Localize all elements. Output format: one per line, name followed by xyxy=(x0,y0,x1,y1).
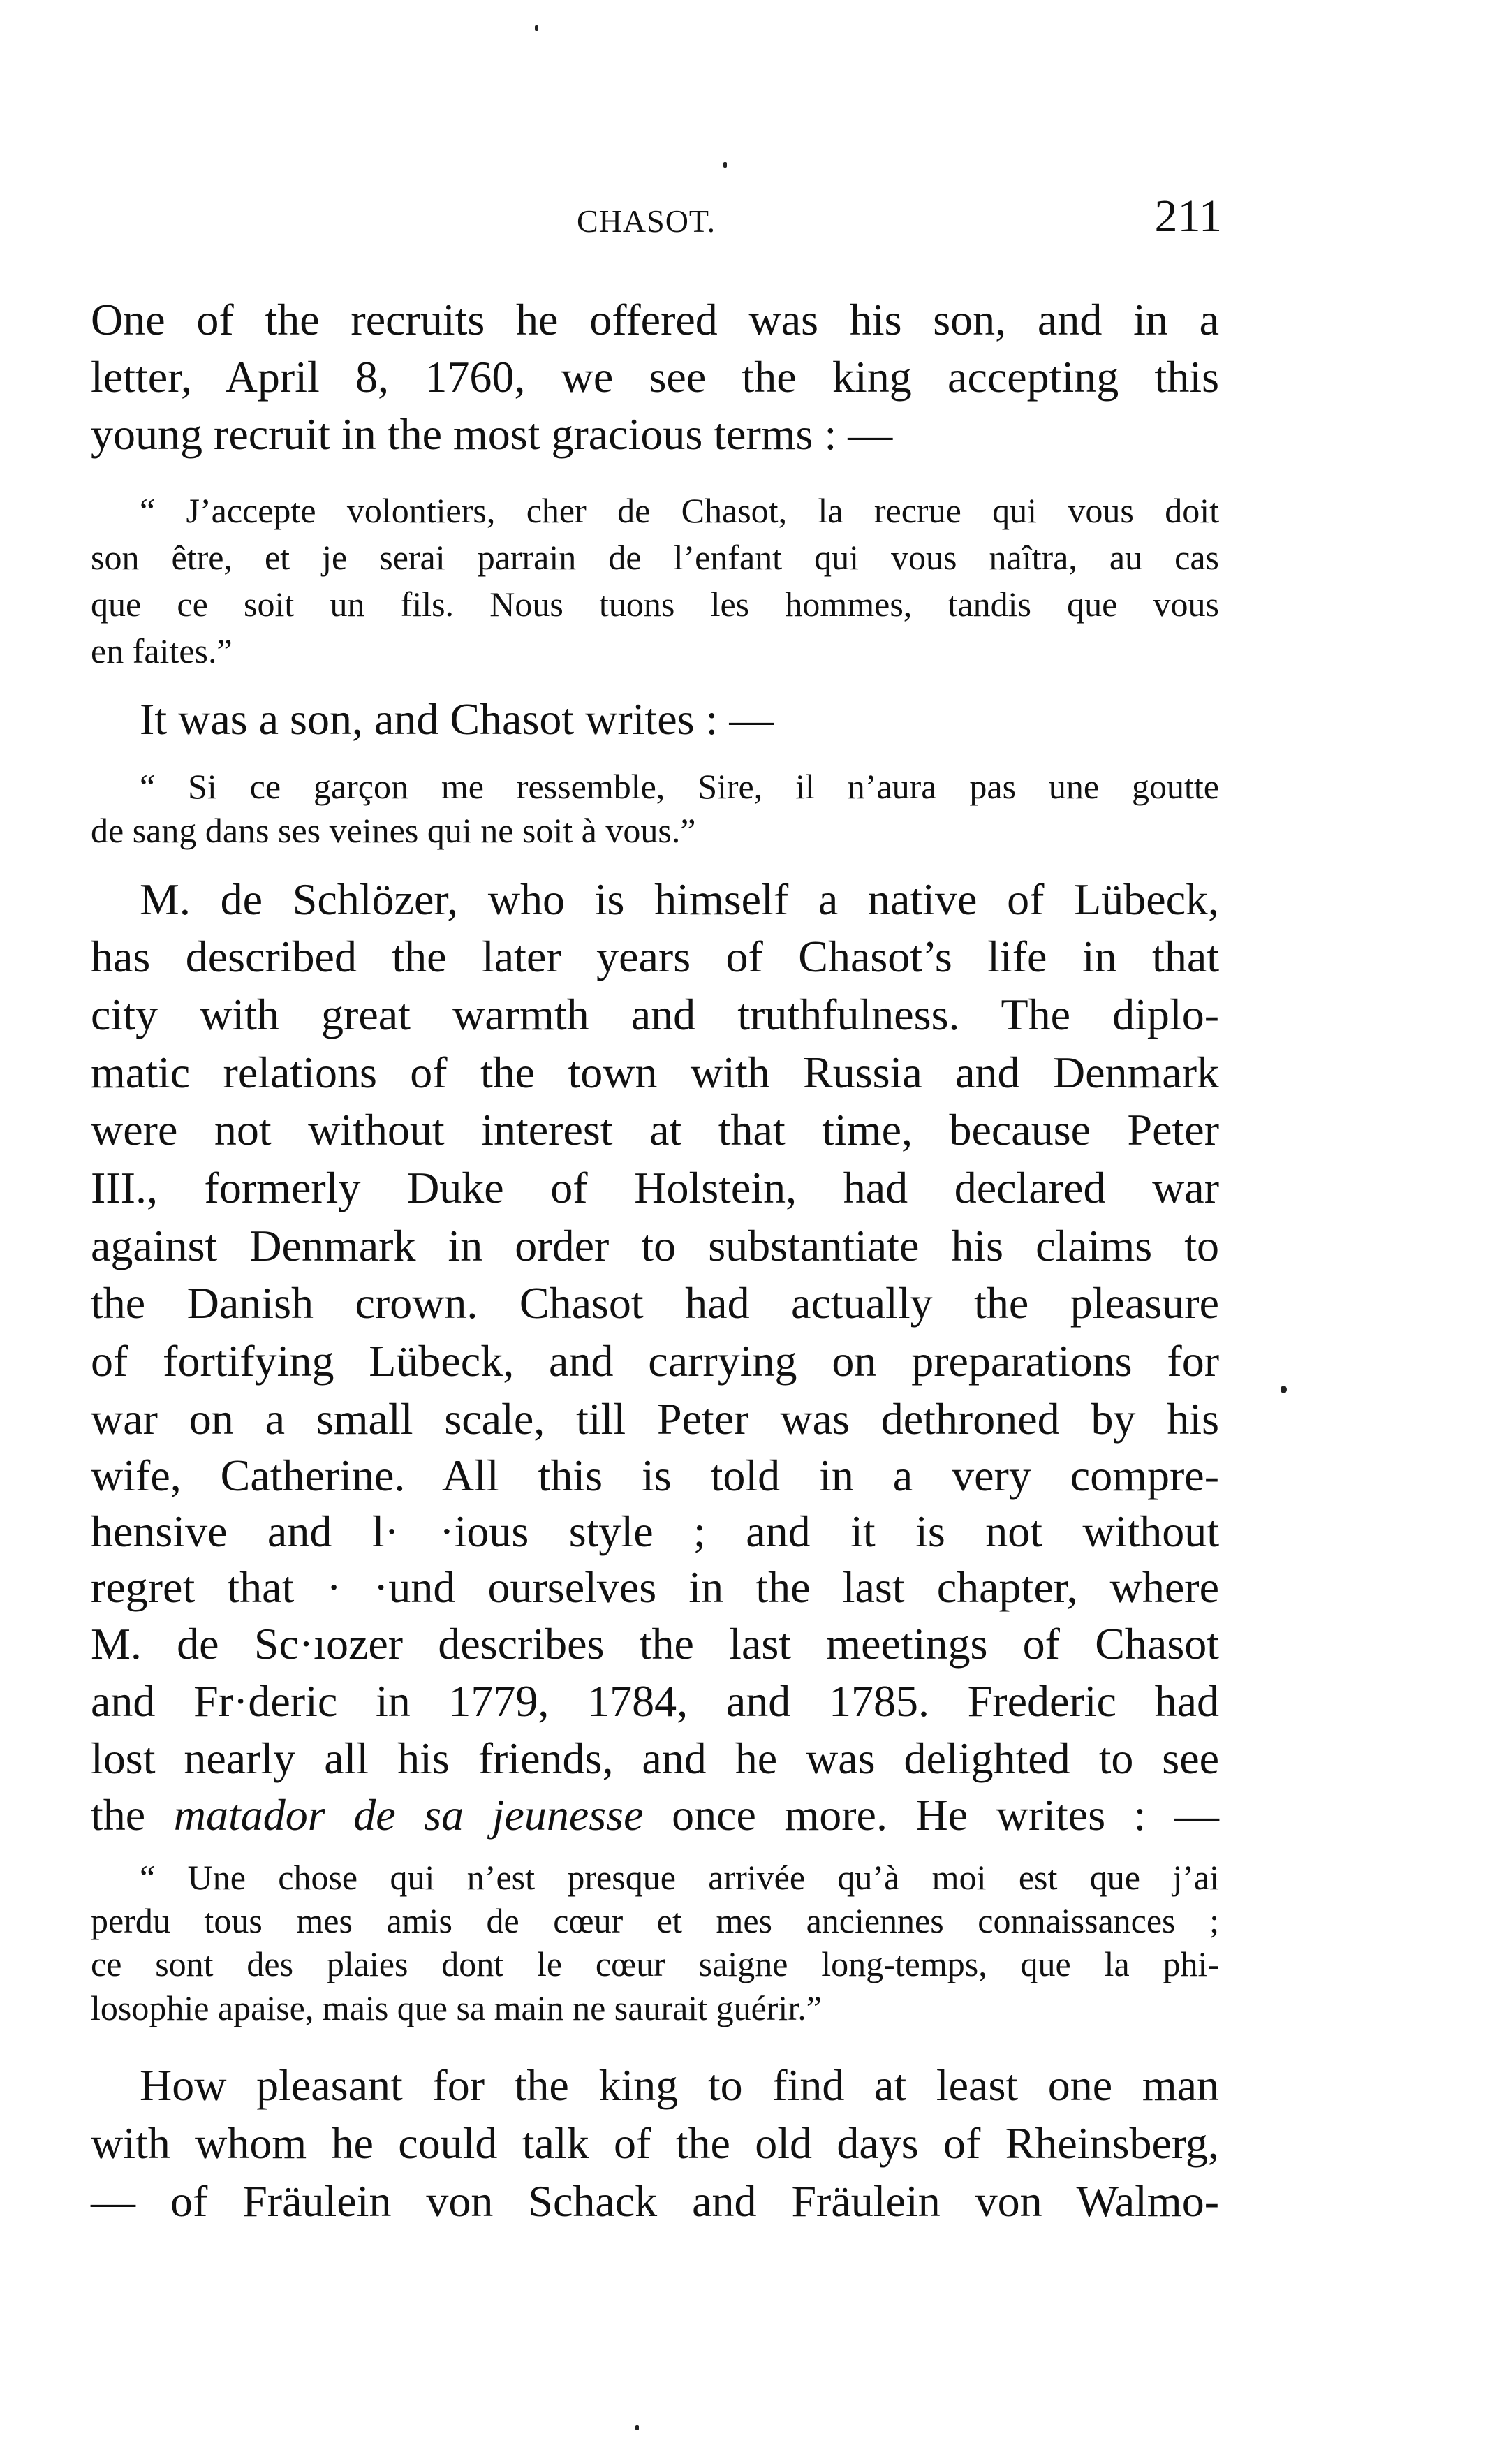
text-line: M. de Sc·ıozer describes the last meetin… xyxy=(91,1616,1219,1672)
running-title: CHASOT. xyxy=(577,203,716,240)
text-line: hensive and l· ·ious style ; and it is n… xyxy=(91,1504,1219,1560)
text-line: III., formerly Duke of Holstein, had dec… xyxy=(91,1160,1219,1216)
quote-line: “ Si ce garçon me ressemble, Sire, il n’… xyxy=(140,765,1219,808)
text-line: war on a small scale, till Peter was det… xyxy=(91,1391,1219,1447)
scan-speck xyxy=(535,25,538,31)
scan-speck xyxy=(723,162,727,168)
quote-line: de sang dans ses veines qui ne soit à vo… xyxy=(91,809,1219,852)
text-line: regret that · ·und ourselves in the last… xyxy=(91,1560,1219,1615)
quote-line: perdu tous mes amis de cœur et mes ancie… xyxy=(91,1899,1219,1942)
quote-line: “ Une chose qui n’est presque arrivée qu… xyxy=(140,1856,1219,1899)
text-line: against Denmark in order to substantiate… xyxy=(91,1218,1219,1274)
text-line: — of Fräulein von Schack and Fräulein vo… xyxy=(91,2173,1219,2229)
text-line: were not without interest at that time, … xyxy=(91,1102,1219,1158)
scan-speck xyxy=(1281,1386,1287,1393)
text-line: matic relations of the town with Russia … xyxy=(91,1045,1219,1101)
quote-line: son être, et je serai parrain de l’enfan… xyxy=(91,536,1219,579)
text-line: wife, Catherine. All this is told in a v… xyxy=(91,1448,1219,1504)
text-line: city with great warmth and truthfulness.… xyxy=(91,987,1219,1043)
text-line: has described the later years of Chasot’… xyxy=(91,929,1219,985)
italic-phrase: matador de sa jeunesse xyxy=(174,1790,644,1840)
text-line: young recruit in the most gracious terms… xyxy=(91,406,1219,462)
page-number: 211 xyxy=(1138,190,1222,243)
quote-line: “ J’accepte volontiers, cher de Chasot, … xyxy=(140,489,1219,532)
scan-speck xyxy=(635,2425,639,2430)
text-line: How pleasant for the king to find at lea… xyxy=(140,2058,1219,2113)
text-line: and Fr·deric in 1779, 1784, and 1785. Fr… xyxy=(91,1673,1219,1729)
text-line: of fortifying Lübeck, and carrying on pr… xyxy=(91,1333,1219,1389)
text-line: lost nearly all his friends, and he was … xyxy=(91,1731,1219,1787)
text-line: M. de Schlözer, who is himself a native … xyxy=(140,872,1219,927)
text-line: It was a son, and Chasot writes : — xyxy=(140,691,1219,747)
quote-line: en faites.” xyxy=(91,629,1219,673)
text-line: letter, April 8, 1760, we see the king a… xyxy=(91,349,1219,405)
book-page: CHASOT. 211 One of the recruits he offer… xyxy=(0,0,1497,2464)
text-line: the matador de sa jeunesse once more. He… xyxy=(91,1787,1219,1843)
quote-line: ce sont des plaies dont le cœur saigne l… xyxy=(91,1942,1219,1986)
text-line: with whom he could talk of the old days … xyxy=(91,2115,1219,2171)
text-line: the Danish crown. Chasot had actually th… xyxy=(91,1275,1219,1331)
text-line: One of the recruits he offered was his s… xyxy=(91,292,1219,348)
quote-line: losophie apaise, mais que sa main ne sau… xyxy=(91,1986,1219,2030)
quote-line: que ce soit un fils. Nous tuons les homm… xyxy=(91,582,1219,626)
